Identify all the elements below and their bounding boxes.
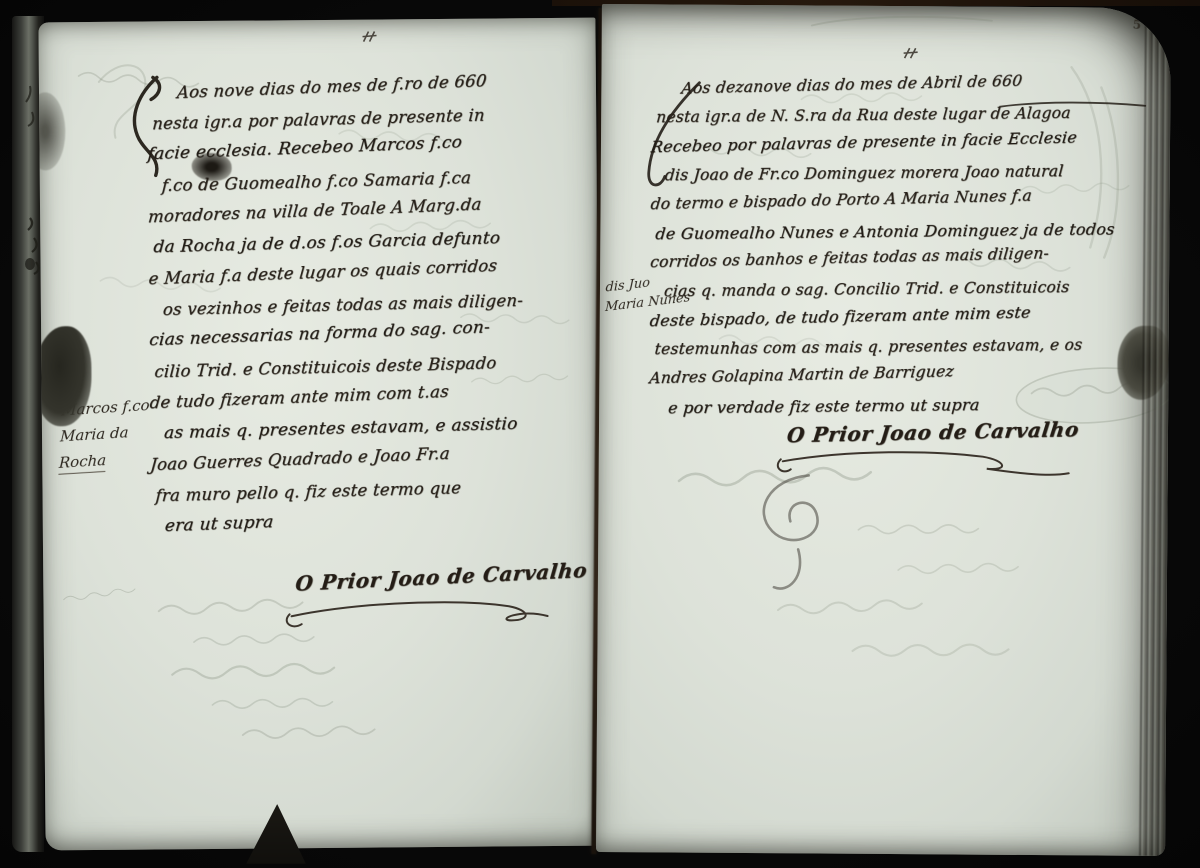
ink-mark: [360, 29, 378, 43]
ghost-flourish: [763, 475, 818, 589]
date-underline-flourish: [999, 99, 1149, 112]
folio-number: 5: [1132, 17, 1141, 32]
photo-background: Aos nove dias do mes de f.ro de 660 nest…: [0, 0, 1200, 868]
marriage-record-entry: Aos nove dias do mes de f.ro de 660 nest…: [147, 74, 587, 543]
ink-mark: [902, 46, 920, 60]
ink-blot: [192, 153, 232, 181]
page-block-edge: [1139, 8, 1171, 856]
signature-flourish: [775, 445, 1075, 487]
manuscript-left-page: Aos nove dias do mes de f.ro de 660 nest…: [38, 18, 602, 851]
marriage-record-entry: Aos dezanove dias do mes de Abril de 660…: [649, 74, 1143, 425]
manuscript-right-page: Aos dezanove dias do mes de Abril de 660…: [596, 4, 1171, 856]
signature-flourish: [281, 594, 561, 640]
